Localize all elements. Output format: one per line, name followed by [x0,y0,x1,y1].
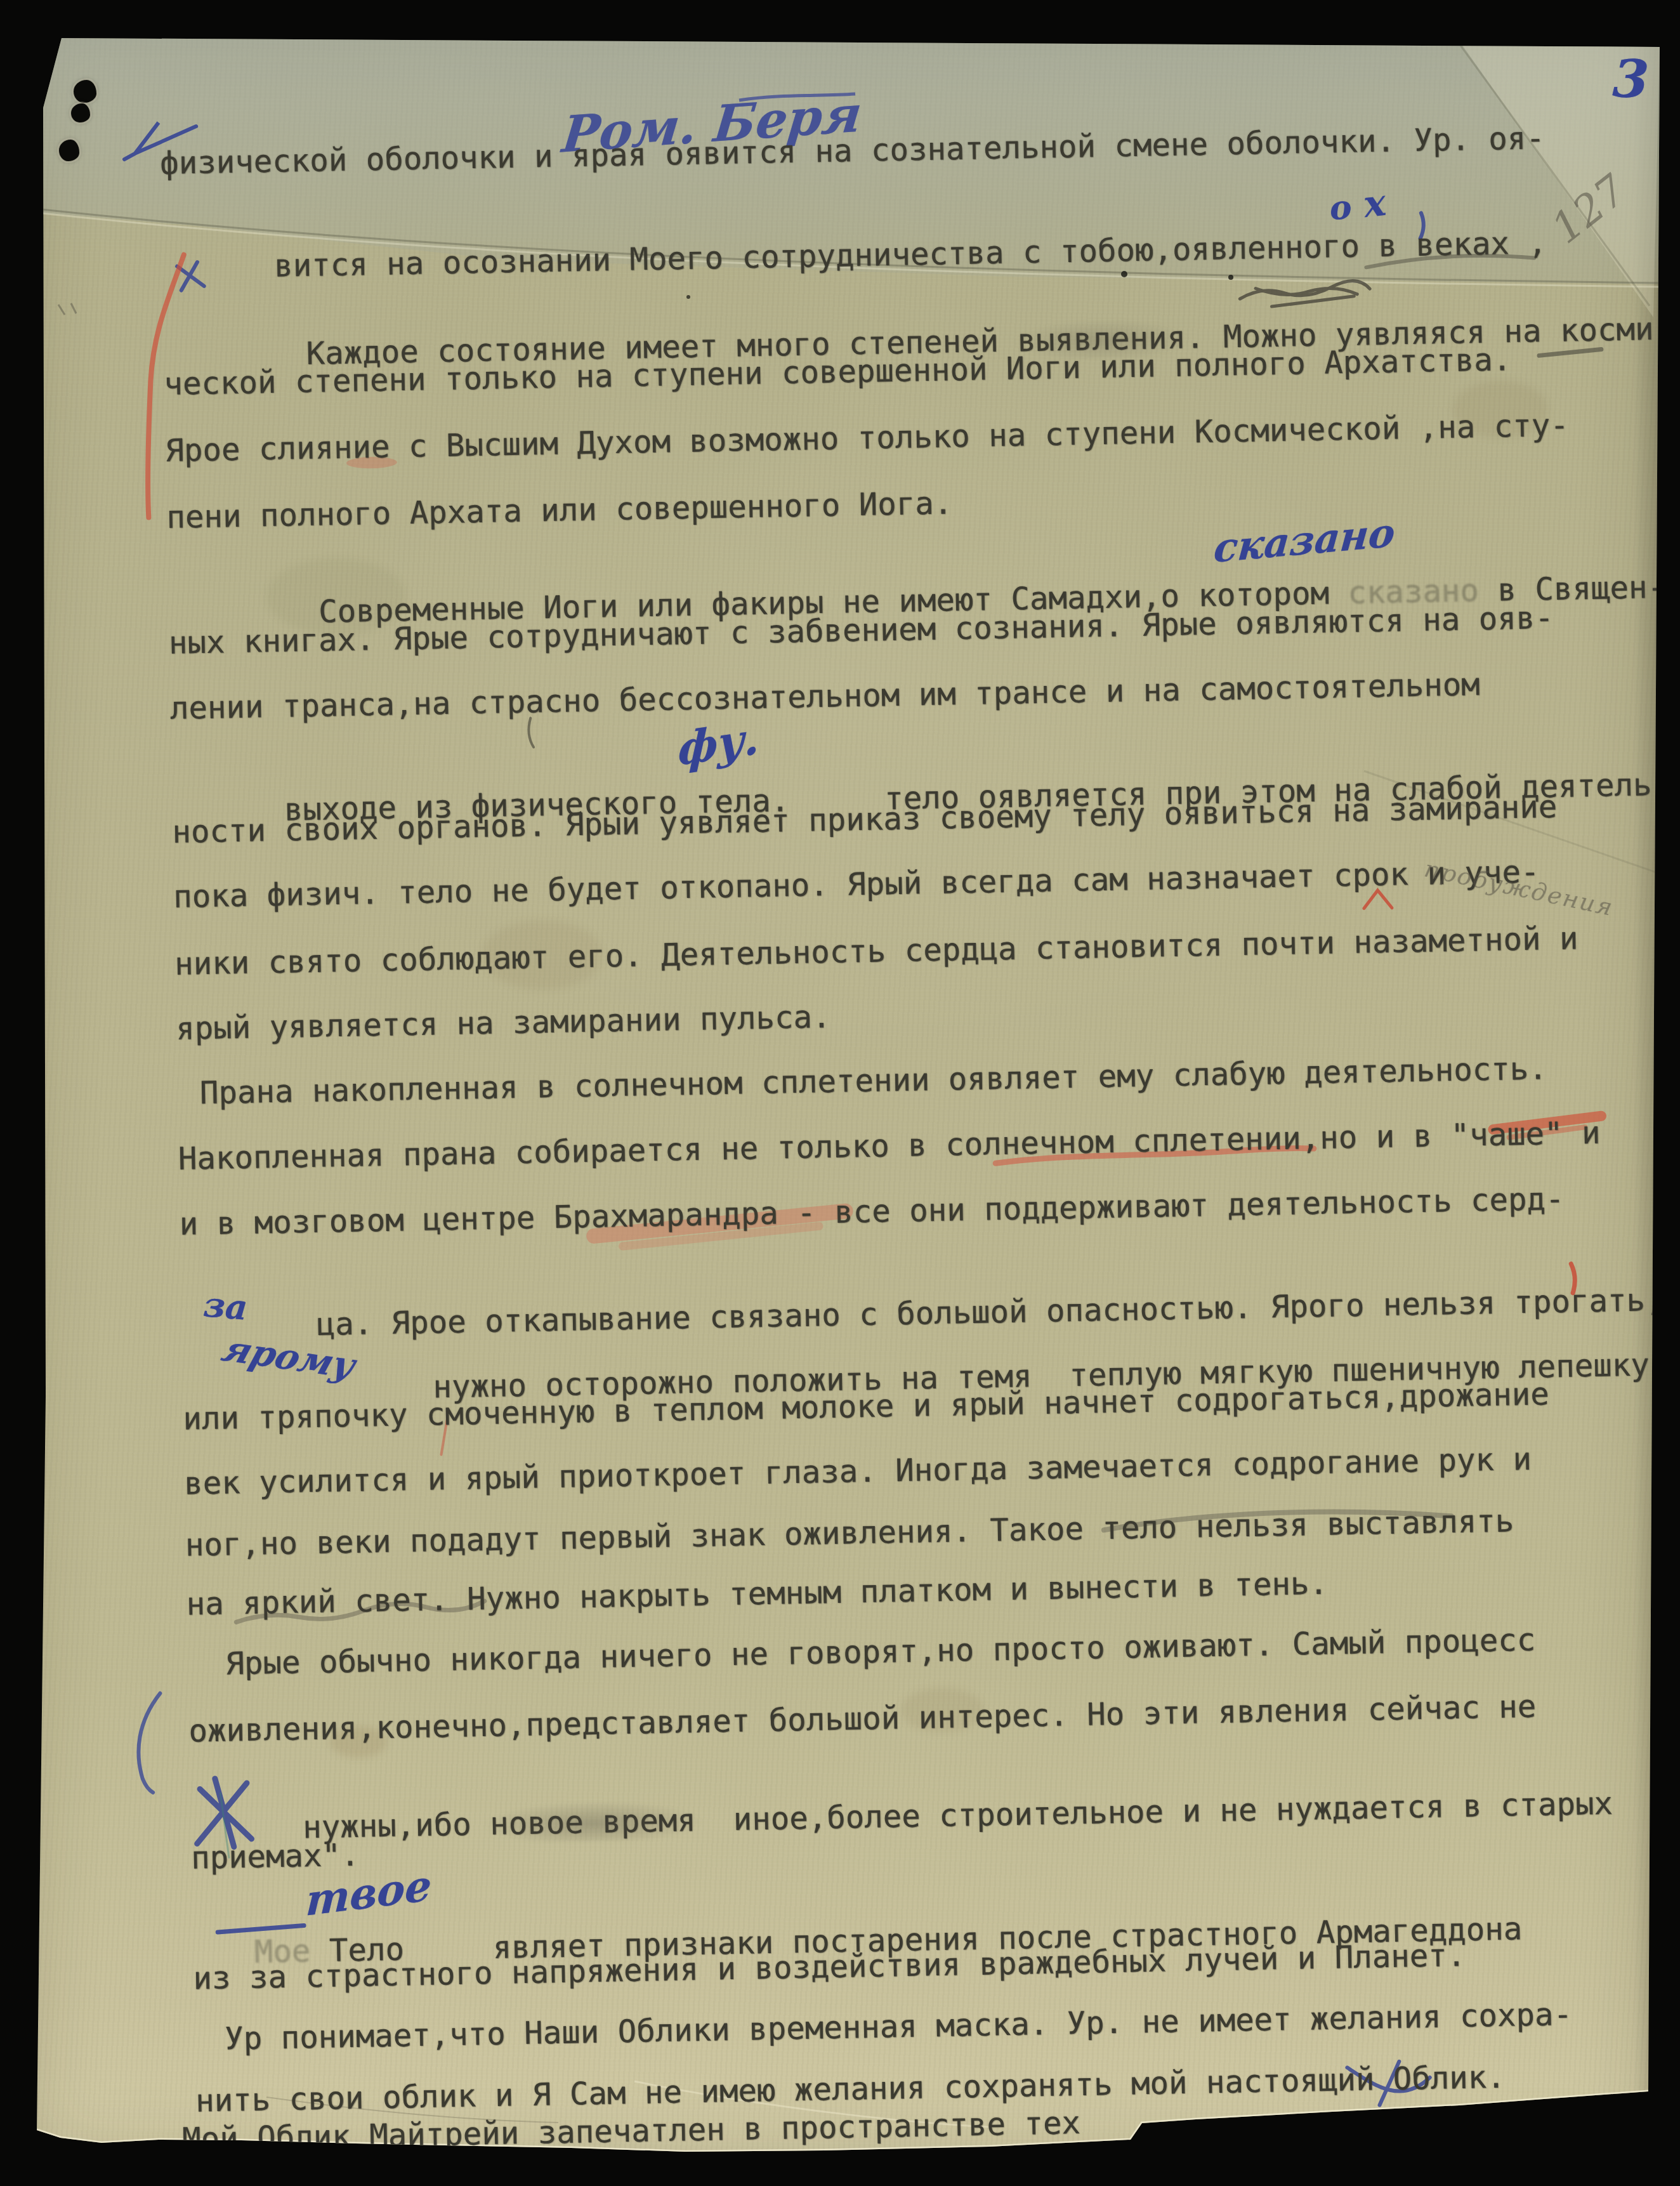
typescript-line: и в мозговом центре Брахмарандра - все о… [179,1180,1565,1244]
line-text: нужно осторожно положить на темя теплую … [433,1346,1650,1405]
paper-stain [330,1726,387,1758]
typescript-line: Мое Телоявляет признаки постарения после… [141,1872,1524,2050]
line-text: . Можно [1185,317,1335,355]
typescript-line: Накопленная прана собирается не только в… [178,1114,1601,1178]
page-number: 3 [1611,48,1650,110]
typescript-line: выходе из физического тела.тело оявляетс… [171,728,1672,907]
line-text: в Священ- [1478,569,1666,609]
typescript-line: ярый уявляется на замирании пульса. [176,998,831,1048]
handwritten-correction: за [202,1285,249,1327]
paper-sheet: Ром. Беря 3 127 [0,0,1680,2186]
typescript-line: ники свято соблюдают его. Деятельность с… [174,919,1578,984]
typescript-line: пока физич. тело не будет откопано. Ярый… [173,853,1540,916]
punch-hole [59,140,79,161]
typescript-line: пени полного Архата или совершенного Иог… [166,484,953,537]
erased-gap [404,1958,493,1960]
typescript-line: нить свои облик и Я Сам не имею желания … [195,2058,1506,2121]
handwritten-insertion: фу. [676,720,763,769]
typescript-line: ца. Ярое откапывание связано с большой о… [203,1243,1665,1422]
struck-word: уявляяся [1335,314,1485,353]
typescript-line: ног,но веки подадут первый знак оживлени… [185,1502,1514,1564]
typescript-line: лении транса,на страсно бессознательном … [169,666,1480,728]
paper-stain [482,920,603,990]
typescript-line: век усилится и ярый приоткроет глаза. Ин… [184,1440,1532,1503]
line-text: являет признаки постарения после страстн… [492,1911,1522,1966]
underlined-word: Тело [329,1932,404,1969]
handwritten-insertion: сказано [1212,514,1396,568]
pencil-margin-note: пробуждения [1422,854,1616,921]
typescript-line: Ярые обычно никогда ничего не говорят,но… [225,1621,1536,1683]
typescript-line: или тряпочку смоченную в теплом молоке и… [183,1375,1549,1438]
overtyped-word: выявления [1017,320,1186,359]
line-text: иное,более строительное и не нуждается в… [695,1786,1613,1838]
typescript-line: из за страстного напряжения и воздействи… [193,1937,1466,1998]
erased-gap [790,809,885,811]
typescript-line: Мой Облик Майтрейи запечатлен в простран… [182,2104,1081,2159]
typescript-line: Современные Иоги или факиры не имеют Сам… [206,530,1668,709]
typescript-line: ческой степени только на ступени соверше… [164,341,1512,404]
line-text: Современные Иоги или факиры не имеют Сам… [318,575,1348,630]
typescript-line: приемах". [191,1836,360,1878]
typescript-line: ности своих органов. Ярый уявляет приказ… [172,788,1558,852]
typescript-text: физической оболочки и ярая оявится на со… [0,0,1680,2186]
erased-word: Мое [254,1933,311,1970]
punch-hole [74,80,96,103]
typescript-line: нужно осторожно положить на темя теплую … [320,1308,1651,1484]
typescript-line: оживления,конечно,представляет большой и… [188,1688,1537,1751]
line-text: выходе из физического тела. [284,782,789,828]
typescript-line: Ярое слияние с Высшим Духом возможно тол… [165,407,1569,471]
line-text [310,1933,330,1970]
handwritten-correction: твое [304,1866,434,1919]
typescript-line: на яркий свет. Нужно накрыть темным плат… [186,1565,1328,1624]
typescript-line: нужны,ибо новое время иное,более строите… [190,1747,1614,1887]
line-text: тело оявляется при этом на слабой деятел… [884,767,1671,817]
line-text: ца. Ярое откапывание связано с большой о… [316,1282,1664,1343]
paper-stain [1453,381,1548,438]
paper-stain [901,1688,983,1732]
struck-words: новое время [490,1802,697,1842]
ink-marks [0,0,1680,2186]
paper-creases [0,0,1680,2186]
typescript-line: Каждое состояние имеет много степеней вы… [193,272,1655,413]
erased-word: сказано [1348,572,1480,611]
typescript-line: Прана накопленная в солнечном сплетении … [199,1050,1547,1112]
typescript-line: Ур понимает,что Наши Облики временная ма… [225,1996,1573,2058]
punch-hole [71,103,90,122]
line-text: нужны,ибо [303,1806,490,1845]
line-text: на косми [1485,311,1654,350]
handwritten-margin-word: ярому [221,1329,357,1385]
line-text: Каждое состояние имеет много степеней [306,322,1018,372]
paper-stain [266,558,406,635]
